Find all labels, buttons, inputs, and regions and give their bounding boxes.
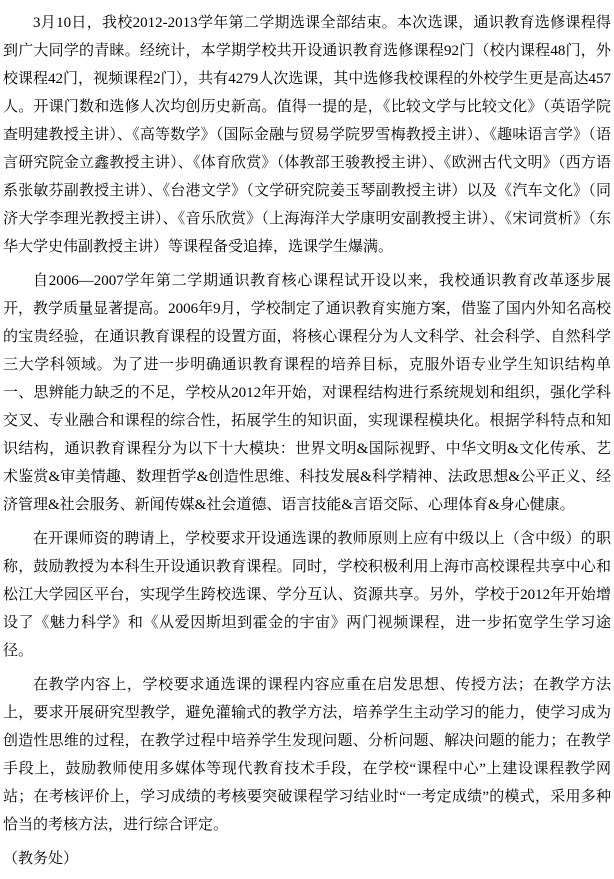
paragraph-general-education-reform: 自2006—2007学年第二学期通识教育核心课程试开设以来，我校通识教育改革逐步… bbox=[3, 267, 611, 519]
signature-line: （教务处） bbox=[3, 845, 611, 873]
paragraph-course-selection-results: 3月10日，我校2012-2013学年第二学期选课全部结束。本次选课，通识教育选… bbox=[3, 9, 611, 261]
document-page: 3月10日，我校2012-2013学年第二学期选课全部结束。本次选课，通识教育选… bbox=[0, 0, 614, 879]
paragraph-teacher-qualifications: 在开课师资的聘请上，学校要求开设通选课的教师原则上应有中级以上（含中级）的职称，… bbox=[3, 525, 611, 665]
paragraph-teaching-requirements: 在教学内容上，学校要求通选课的课程内容应重在启发思想、传授方法；在教学方法上，要… bbox=[3, 671, 611, 839]
